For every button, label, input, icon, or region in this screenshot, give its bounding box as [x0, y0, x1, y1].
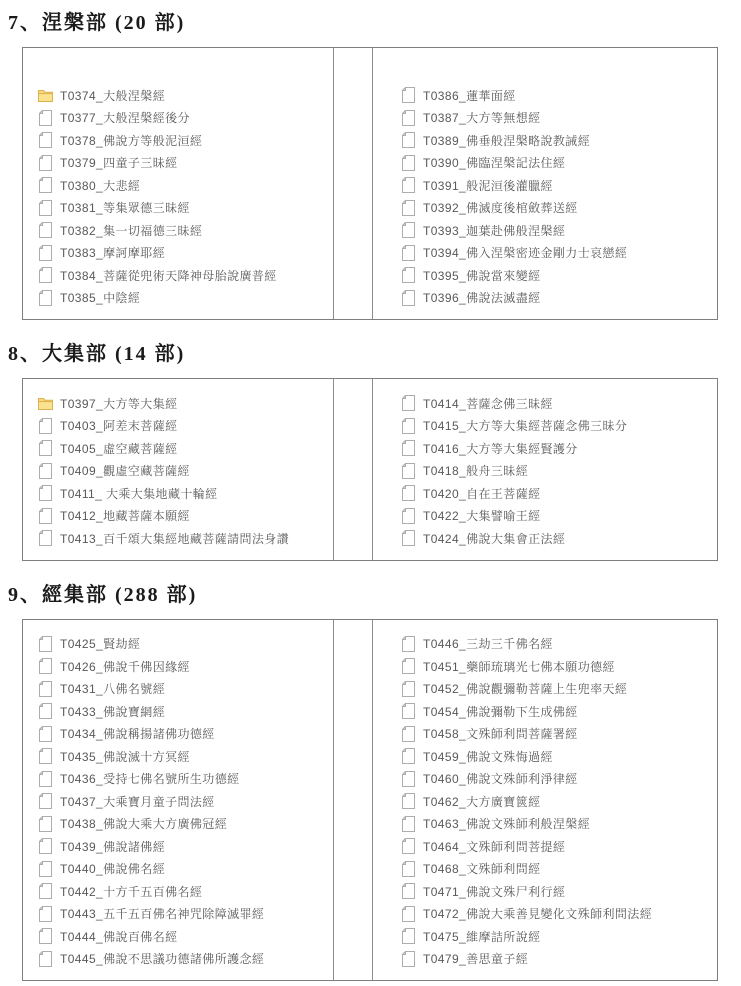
document-icon: [38, 793, 53, 810]
sutra-item-label: T0458_文殊師利問菩薩署經: [423, 725, 578, 742]
sutra-item: T0381_等集眾德三昧經: [38, 197, 329, 220]
document-icon: [38, 244, 53, 261]
sutra-item-label: T0378_佛說方等般泥洹經: [60, 132, 202, 149]
sutra-item-label: T0377_大般涅槃經後分: [60, 109, 190, 126]
sutra-item-label: T0389_佛垂般涅槃略說教誡經: [423, 132, 590, 149]
document-icon: [401, 950, 416, 967]
sutra-item: T0403_阿差末菩薩經: [38, 415, 329, 438]
sutra-item-label: T0452_佛說觀彌勒菩薩上生兜率天經: [423, 680, 627, 697]
sutra-item-label: T0439_佛說諸佛經: [60, 838, 165, 855]
sutra-item: T0472_佛說大乘善見變化文殊師利問法經: [401, 903, 713, 926]
sutra-item-label: T0446_三劫三千佛名經: [423, 635, 553, 652]
document-icon: [38, 440, 53, 457]
sutra-item-label: T0460_佛說文殊師利淨律經: [423, 770, 578, 787]
document-icon: [38, 222, 53, 239]
sutra-item: T0405_虛空藏菩薩經: [38, 437, 329, 460]
left-column: T0397_大方等大集經 T0403_阿差末菩薩經 T0405_虛空藏菩薩經 T…: [23, 379, 334, 560]
sutra-item: T0443_五千五百佛名神咒除障滅罪經: [38, 903, 329, 926]
section-box: T0425_賢劫經 T0426_佛說千佛因緣經 T0431_八佛名號經 T043…: [22, 619, 718, 982]
document-icon: [401, 838, 416, 855]
sutra-item: T0435_佛說滅十方冥經: [38, 745, 329, 768]
document-icon: [401, 905, 416, 922]
sutra-item: T0452_佛說觀彌勒菩薩上生兜率天經: [401, 678, 713, 701]
sutra-item: T0389_佛垂般涅槃略說教誡經: [401, 129, 713, 152]
document-icon: [38, 267, 53, 284]
document-icon: [38, 905, 53, 922]
sutra-item: T0378_佛說方等般泥洹經: [38, 129, 329, 152]
document-icon: [38, 815, 53, 832]
sutra-item: T0377_大般涅槃經後分: [38, 107, 329, 130]
sutra-item-label: T0472_佛說大乘善見變化文殊師利問法經: [423, 905, 652, 922]
sutra-item: T0438_佛說大乘大方廣佛冠經: [38, 813, 329, 836]
sutra-item: T0394_佛入涅槃密迹金剛力士哀戀經: [401, 242, 713, 265]
document-icon: [401, 199, 416, 216]
document-icon: [38, 199, 53, 216]
sutra-item: T0462_大方廣寶篋經: [401, 790, 713, 813]
sutra-item-label: T0445_佛說不思議功德諸佛所護念經: [60, 950, 264, 967]
section-heading: 8、大集部 (14 部): [8, 337, 741, 366]
sutra-section: 8、大集部 (14 部) T0397_大方等大集經 T0403_阿差末菩薩經 T…: [0, 337, 741, 561]
sutra-item: T0460_佛說文殊師利淨律經: [401, 768, 713, 791]
document-icon: [401, 87, 416, 104]
document-icon: [401, 132, 416, 149]
sutra-item: T0431_八佛名號經: [38, 678, 329, 701]
document-icon: [38, 289, 53, 306]
sutra-item-label: T0383_摩訶摩耶經: [60, 244, 165, 261]
sutra-item-label: T0384_菩薩從兜術天降神母胎說廣普經: [60, 267, 277, 284]
sutra-item: T0442_十方千五百佛名經: [38, 880, 329, 903]
sutra-item: T0434_佛說稱揚諸佛功德經: [38, 723, 329, 746]
sutra-item: T0458_文殊師利問菩薩署經: [401, 723, 713, 746]
sutra-item-label: T0475_維摩詰所說經: [423, 928, 541, 945]
section-box: T0374_大般涅槃經 T0377_大般涅槃經後分 T0378_佛說方等般泥洹經…: [22, 47, 718, 320]
sutra-item-label: T0380_大悲經: [60, 177, 140, 194]
sutra-item: T0464_文殊師利問菩提經: [401, 835, 713, 858]
sutra-item: T0440_佛說佛名經: [38, 858, 329, 881]
sutra-section: 7、涅槃部 (20 部) T0374_大般涅槃經 T0377_大般涅槃經後分 T…: [0, 6, 741, 320]
sutra-item-label: T0468_文殊師利問經: [423, 860, 541, 877]
sutra-item-label: T0433_佛說寶網經: [60, 703, 165, 720]
document-icon: [401, 289, 416, 306]
document-page: 7、涅槃部 (20 部) T0374_大般涅槃經 T0377_大般涅槃經後分 T…: [0, 0, 741, 986]
sutra-item: T0414_菩薩念佛三昧經: [401, 392, 713, 415]
left-column: T0374_大般涅槃經 T0377_大般涅槃經後分 T0378_佛說方等般泥洹經…: [23, 48, 334, 319]
sutra-item: T0418_般舟三昧經: [401, 460, 713, 483]
sutra-item: T0387_大方等無想經: [401, 107, 713, 130]
sutra-item-label: T0420_自在王菩薩經: [423, 485, 541, 502]
document-icon: [401, 222, 416, 239]
sutra-item-label: T0392_佛滅度後棺斂葬送經: [423, 199, 578, 216]
sutra-item-label: T0390_佛臨涅槃記法住經: [423, 154, 565, 171]
sutra-item-label: T0440_佛說佛名經: [60, 860, 165, 877]
sutra-item-label: T0437_大乘寶月童子問法經: [60, 793, 215, 810]
document-icon: [401, 815, 416, 832]
sutra-item-label: T0405_虛空藏菩薩經: [60, 440, 178, 457]
section-heading: 9、經集部 (288 部): [8, 578, 741, 607]
sutra-item: T0379_四童子三昧經: [38, 152, 329, 175]
sutra-item: T0439_佛說諸佛經: [38, 835, 329, 858]
right-column: T0386_蓮華面經 T0387_大方等無想經 T0389_佛垂般涅槃略說教誡經…: [372, 48, 717, 319]
sutra-item: T0416_大方等大集經賢護分: [401, 437, 713, 460]
sutra-item-label: T0462_大方廣寶篋經: [423, 793, 541, 810]
sutra-item-label: T0396_佛說法滅盡經: [423, 289, 541, 306]
sutra-item: T0451_藥師琉璃光七佛本願功德經: [401, 655, 713, 678]
sutra-item: T0412_地藏菩薩本願經: [38, 505, 329, 528]
sutra-item-label: T0438_佛說大乘大方廣佛冠經: [60, 815, 227, 832]
sutra-item: T0409_觀虛空藏菩薩經: [38, 460, 329, 483]
document-icon: [401, 725, 416, 742]
document-icon: [401, 177, 416, 194]
document-icon: [401, 507, 416, 524]
sutra-item-label: T0411_ 大乘大集地藏十輪經: [60, 485, 218, 502]
document-icon: [401, 883, 416, 900]
sutra-item-label: T0397_大方等大集經: [60, 395, 178, 412]
document-icon: [38, 725, 53, 742]
sutra-item: T0393_迦葉赴佛般涅槃經: [401, 219, 713, 242]
sutra-item: T0380_大悲經: [38, 174, 329, 197]
sutra-item: T0444_佛說百佛名經: [38, 925, 329, 948]
document-icon: [38, 109, 53, 126]
sutra-item: T0445_佛說不思議功德諸佛所護念經: [38, 948, 329, 971]
sutra-item: T0382_集一切福德三昧經: [38, 219, 329, 242]
document-icon: [401, 658, 416, 675]
sutra-item: T0396_佛說法滅盡經: [401, 287, 713, 310]
document-icon: [401, 462, 416, 479]
sutra-item-label: T0409_觀虛空藏菩薩經: [60, 462, 190, 479]
sutra-item: T0468_文殊師利問經: [401, 858, 713, 881]
sutra-item-label: T0418_般舟三昧經: [423, 462, 528, 479]
sutra-item: T0395_佛說當來變經: [401, 264, 713, 287]
sutra-item: T0459_佛說文殊悔過經: [401, 745, 713, 768]
sutra-item-label: T0443_五千五百佛名神咒除障滅罪經: [60, 905, 264, 922]
sutra-item: T0397_大方等大集經: [38, 392, 329, 415]
document-icon: [38, 417, 53, 434]
document-icon: [401, 635, 416, 652]
document-icon: [401, 109, 416, 126]
sutra-item-label: T0394_佛入涅槃密迹金剛力士哀戀經: [423, 244, 627, 261]
document-icon: [38, 748, 53, 765]
sutra-item: T0425_賢劫經: [38, 633, 329, 656]
document-icon: [38, 703, 53, 720]
document-icon: [38, 485, 53, 502]
sutra-item-label: T0424_佛說大集會正法經: [423, 530, 565, 547]
document-icon: [401, 928, 416, 945]
sutra-item-label: T0435_佛說滅十方冥經: [60, 748, 190, 765]
sutra-item-label: T0436_受持七佛名號所生功德經: [60, 770, 240, 787]
document-icon: [38, 530, 53, 547]
left-column: T0425_賢劫經 T0426_佛說千佛因緣經 T0431_八佛名號經 T043…: [23, 620, 334, 981]
sutra-item-label: T0386_蓮華面經: [423, 87, 516, 104]
sutra-item-label: T0379_四童子三昧經: [60, 154, 178, 171]
sutra-item-label: T0391_般泥洹後灌臘經: [423, 177, 553, 194]
sutra-item-label: T0412_地藏菩薩本願經: [60, 507, 190, 524]
sutra-item: T0385_中陰經: [38, 287, 329, 310]
document-icon: [401, 770, 416, 787]
document-icon: [401, 748, 416, 765]
sutra-item-label: T0393_迦葉赴佛般涅槃經: [423, 222, 565, 239]
sutra-item: T0446_三劫三千佛名經: [401, 633, 713, 656]
document-icon: [401, 154, 416, 171]
section-heading: 7、涅槃部 (20 部): [8, 6, 741, 35]
sutra-item-label: T0454_佛說彌勒下生成佛經: [423, 703, 578, 720]
folder-icon: [38, 87, 53, 104]
document-icon: [38, 770, 53, 787]
document-icon: [38, 928, 53, 945]
document-icon: [401, 485, 416, 502]
sutra-item: T0422_大集譬喻王經: [401, 505, 713, 528]
sutra-item-label: T0403_阿差末菩薩經: [60, 417, 178, 434]
sutra-section: 9、經集部 (288 部) T0425_賢劫經 T0426_佛說千佛因緣經 T0…: [0, 578, 741, 982]
sutra-item-label: T0374_大般涅槃經: [60, 87, 165, 104]
sutra-item: T0436_受持七佛名號所生功德經: [38, 768, 329, 791]
sutra-item: T0426_佛說千佛因緣經: [38, 655, 329, 678]
document-icon: [401, 440, 416, 457]
sutra-item: T0433_佛說寶網經: [38, 700, 329, 723]
sutra-item-label: T0431_八佛名號經: [60, 680, 165, 697]
document-icon: [38, 950, 53, 967]
sutra-item-label: T0382_集一切福德三昧經: [60, 222, 202, 239]
document-icon: [38, 838, 53, 855]
sutra-item-label: T0463_佛說文殊師利般涅槃經: [423, 815, 590, 832]
document-icon: [401, 244, 416, 261]
document-icon: [401, 860, 416, 877]
sutra-item: T0463_佛說文殊師利般涅槃經: [401, 813, 713, 836]
sutra-item: T0374_大般涅槃經: [38, 84, 329, 107]
sutra-item-label: T0442_十方千五百佛名經: [60, 883, 202, 900]
sutra-item: T0386_蓮華面經: [401, 84, 713, 107]
sutra-item-label: T0387_大方等無想經: [423, 109, 541, 126]
sutra-item-label: T0416_大方等大集經賢護分: [423, 440, 578, 457]
sutra-item-label: T0464_文殊師利問菩提經: [423, 838, 565, 855]
sutra-item: T0471_佛說文殊尸利行經: [401, 880, 713, 903]
sutra-item: T0475_維摩詰所說經: [401, 925, 713, 948]
sutra-item-label: T0444_佛說百佛名經: [60, 928, 178, 945]
sutra-item: T0411_ 大乘大集地藏十輪經: [38, 482, 329, 505]
document-icon: [401, 680, 416, 697]
sutra-item-label: T0415_大方等大集經菩薩念佛三昧分: [423, 417, 627, 434]
section-box: T0397_大方等大集經 T0403_阿差末菩薩經 T0405_虛空藏菩薩經 T…: [22, 378, 718, 561]
document-icon: [38, 658, 53, 675]
document-icon: [38, 883, 53, 900]
sutra-item-label: T0414_菩薩念佛三昧經: [423, 395, 553, 412]
document-icon: [38, 462, 53, 479]
document-icon: [38, 132, 53, 149]
sutra-item: T0454_佛說彌勒下生成佛經: [401, 700, 713, 723]
sutra-item-label: T0459_佛說文殊悔過經: [423, 748, 553, 765]
sutra-item: T0437_大乘寶月童子問法經: [38, 790, 329, 813]
document-icon: [401, 417, 416, 434]
sutra-item-label: T0381_等集眾德三昧經: [60, 199, 190, 216]
document-icon: [38, 635, 53, 652]
sutra-item: T0420_自在王菩薩經: [401, 482, 713, 505]
sutra-item: T0413_百千頌大集經地藏菩薩請問法身讚: [38, 527, 329, 550]
sutra-item-label: T0422_大集譬喻王經: [423, 507, 541, 524]
sutra-item: T0392_佛滅度後棺斂葬送經: [401, 197, 713, 220]
sutra-item-label: T0479_善思童子經: [423, 950, 528, 967]
sutra-item: T0383_摩訶摩耶經: [38, 242, 329, 265]
sutra-item-label: T0385_中陰經: [60, 289, 140, 306]
sutra-item: T0384_菩薩從兜術天降神母胎說廣普經: [38, 264, 329, 287]
document-icon: [401, 530, 416, 547]
sutra-item-label: T0413_百千頌大集經地藏菩薩請問法身讚: [60, 530, 289, 547]
document-icon: [38, 507, 53, 524]
sutra-item-label: T0395_佛說當來變經: [423, 267, 541, 284]
sutra-item-label: T0451_藥師琉璃光七佛本願功德經: [423, 658, 615, 675]
document-icon: [401, 267, 416, 284]
sutra-item-label: T0434_佛說稱揚諸佛功德經: [60, 725, 215, 742]
sutra-item: T0424_佛說大集會正法經: [401, 527, 713, 550]
folder-icon: [38, 395, 53, 412]
sutra-item: T0390_佛臨涅槃記法住經: [401, 152, 713, 175]
document-icon: [401, 395, 416, 412]
sections-container: 7、涅槃部 (20 部) T0374_大般涅槃經 T0377_大般涅槃經後分 T…: [0, 6, 741, 981]
sutra-item-label: T0425_賢劫經: [60, 635, 140, 652]
sutra-item: T0391_般泥洹後灌臘經: [401, 174, 713, 197]
sutra-item: T0479_善思童子經: [401, 948, 713, 971]
document-icon: [38, 177, 53, 194]
sutra-item-label: T0426_佛說千佛因緣經: [60, 658, 190, 675]
sutra-item-label: T0471_佛說文殊尸利行經: [423, 883, 565, 900]
right-column: T0414_菩薩念佛三昧經 T0415_大方等大集經菩薩念佛三昧分 T0416_…: [372, 379, 717, 560]
document-icon: [401, 703, 416, 720]
document-icon: [38, 680, 53, 697]
sutra-item: T0415_大方等大集經菩薩念佛三昧分: [401, 415, 713, 438]
document-icon: [401, 793, 416, 810]
document-icon: [38, 154, 53, 171]
right-column: T0446_三劫三千佛名經 T0451_藥師琉璃光七佛本願功德經 T0452_佛…: [372, 620, 717, 981]
document-icon: [38, 860, 53, 877]
